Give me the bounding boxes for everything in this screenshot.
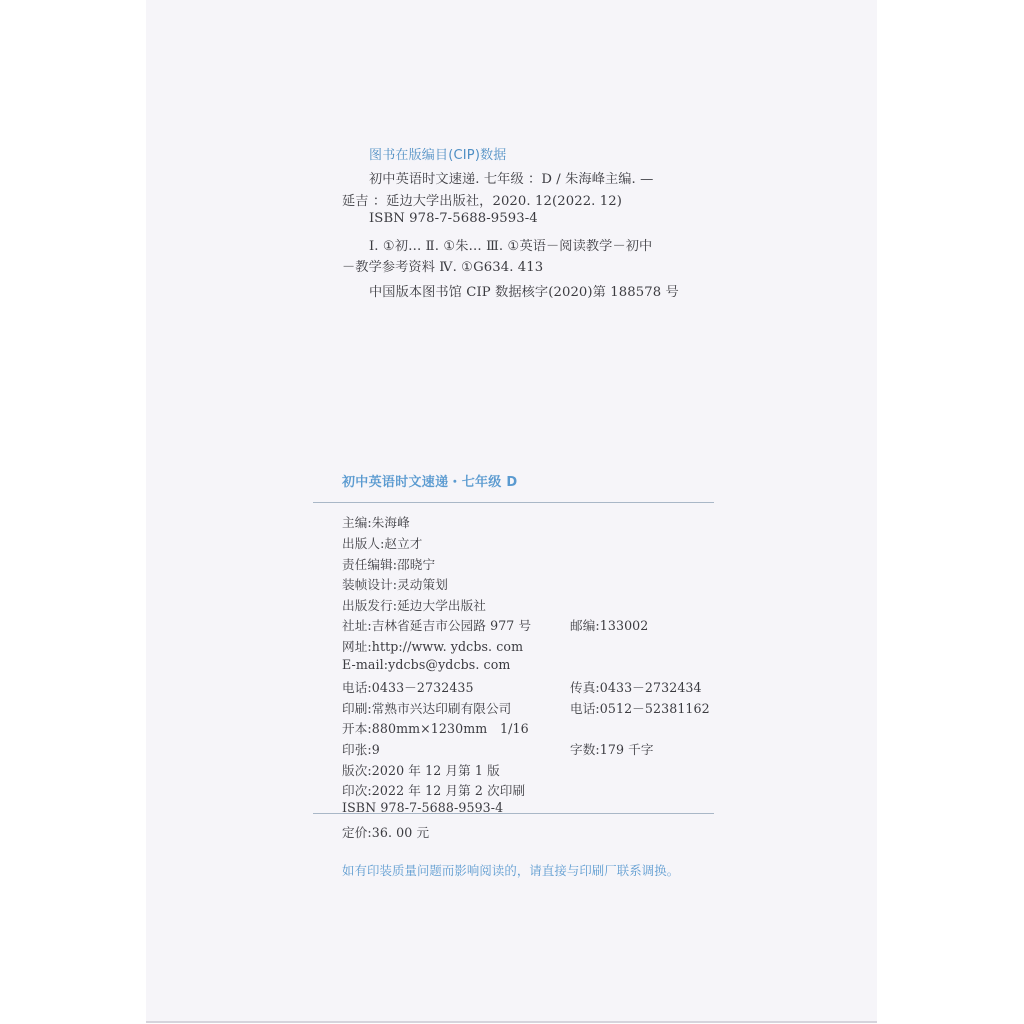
address: 社址:吉林省延吉市公园路 977 号 [342, 615, 531, 634]
publisher: 出版发行:延边大学出版社 [342, 595, 486, 614]
responsible-editor: 责任编辑:邵晓宁 [342, 554, 435, 573]
edition: 版次:2020 年 12 月第 1 版 [342, 760, 500, 779]
cip-isbn: ISBN 978-7-5688-9593-4 [369, 211, 538, 226]
phone: 电话:0433－2732435 [342, 677, 474, 696]
divider-bottom [313, 813, 714, 814]
editor-in-chief: 主编:朱海峰 [342, 512, 410, 531]
cip-line-1: 初中英语时文速递. 七年级 ：D / 朱海峰主编. — [369, 168, 653, 187]
fax: 传真:0433－2732434 [570, 677, 702, 696]
email: E-mail:ydcbs@ydcbs. com [342, 657, 510, 672]
impression: 印次:2022 年 12 月第 2 次印刷 [342, 780, 525, 799]
publisher-person: 出版人:赵立才 [342, 533, 423, 552]
printer-phone: 电话:0512－52381162 [570, 698, 710, 717]
binding-design: 装帧设计:灵动策划 [342, 574, 448, 593]
cip-classification-1: Ⅰ. ①初… Ⅱ. ①朱… Ⅲ. ①英语－阅读教学－初中 [369, 235, 652, 254]
cip-line-2: 延吉 ：延边大学出版社，2020. 12(2022. 12) [342, 190, 622, 209]
postal-code: 邮编:133002 [570, 615, 648, 634]
website: 网址:http://www. ydcbs. com [342, 636, 523, 655]
price: 定价:36. 00 元 [342, 822, 429, 841]
book-title: 初中英语时文速递・七年级 D [342, 471, 518, 490]
cip-record-number: 中国版本图书馆 CIP 数据核字(2020)第 188578 号 [369, 281, 679, 300]
divider-top [313, 502, 714, 503]
quality-notice: 如有印装质量问题而影响阅读的，请直接与印刷厂联系调换。 [342, 861, 679, 879]
word-count: 字数:179 千字 [570, 739, 654, 758]
printed-sheets: 印张:9 [342, 739, 380, 758]
cip-title: 图书在版编目(CIP)数据 [369, 144, 507, 163]
format-size: 开本:880mm×1230mm 1/16 [342, 718, 529, 737]
printer: 印刷:常熟市兴达印刷有限公司 [342, 698, 511, 717]
cip-classification-2: －教学参考资料 Ⅳ. ①G634. 413 [342, 256, 543, 275]
